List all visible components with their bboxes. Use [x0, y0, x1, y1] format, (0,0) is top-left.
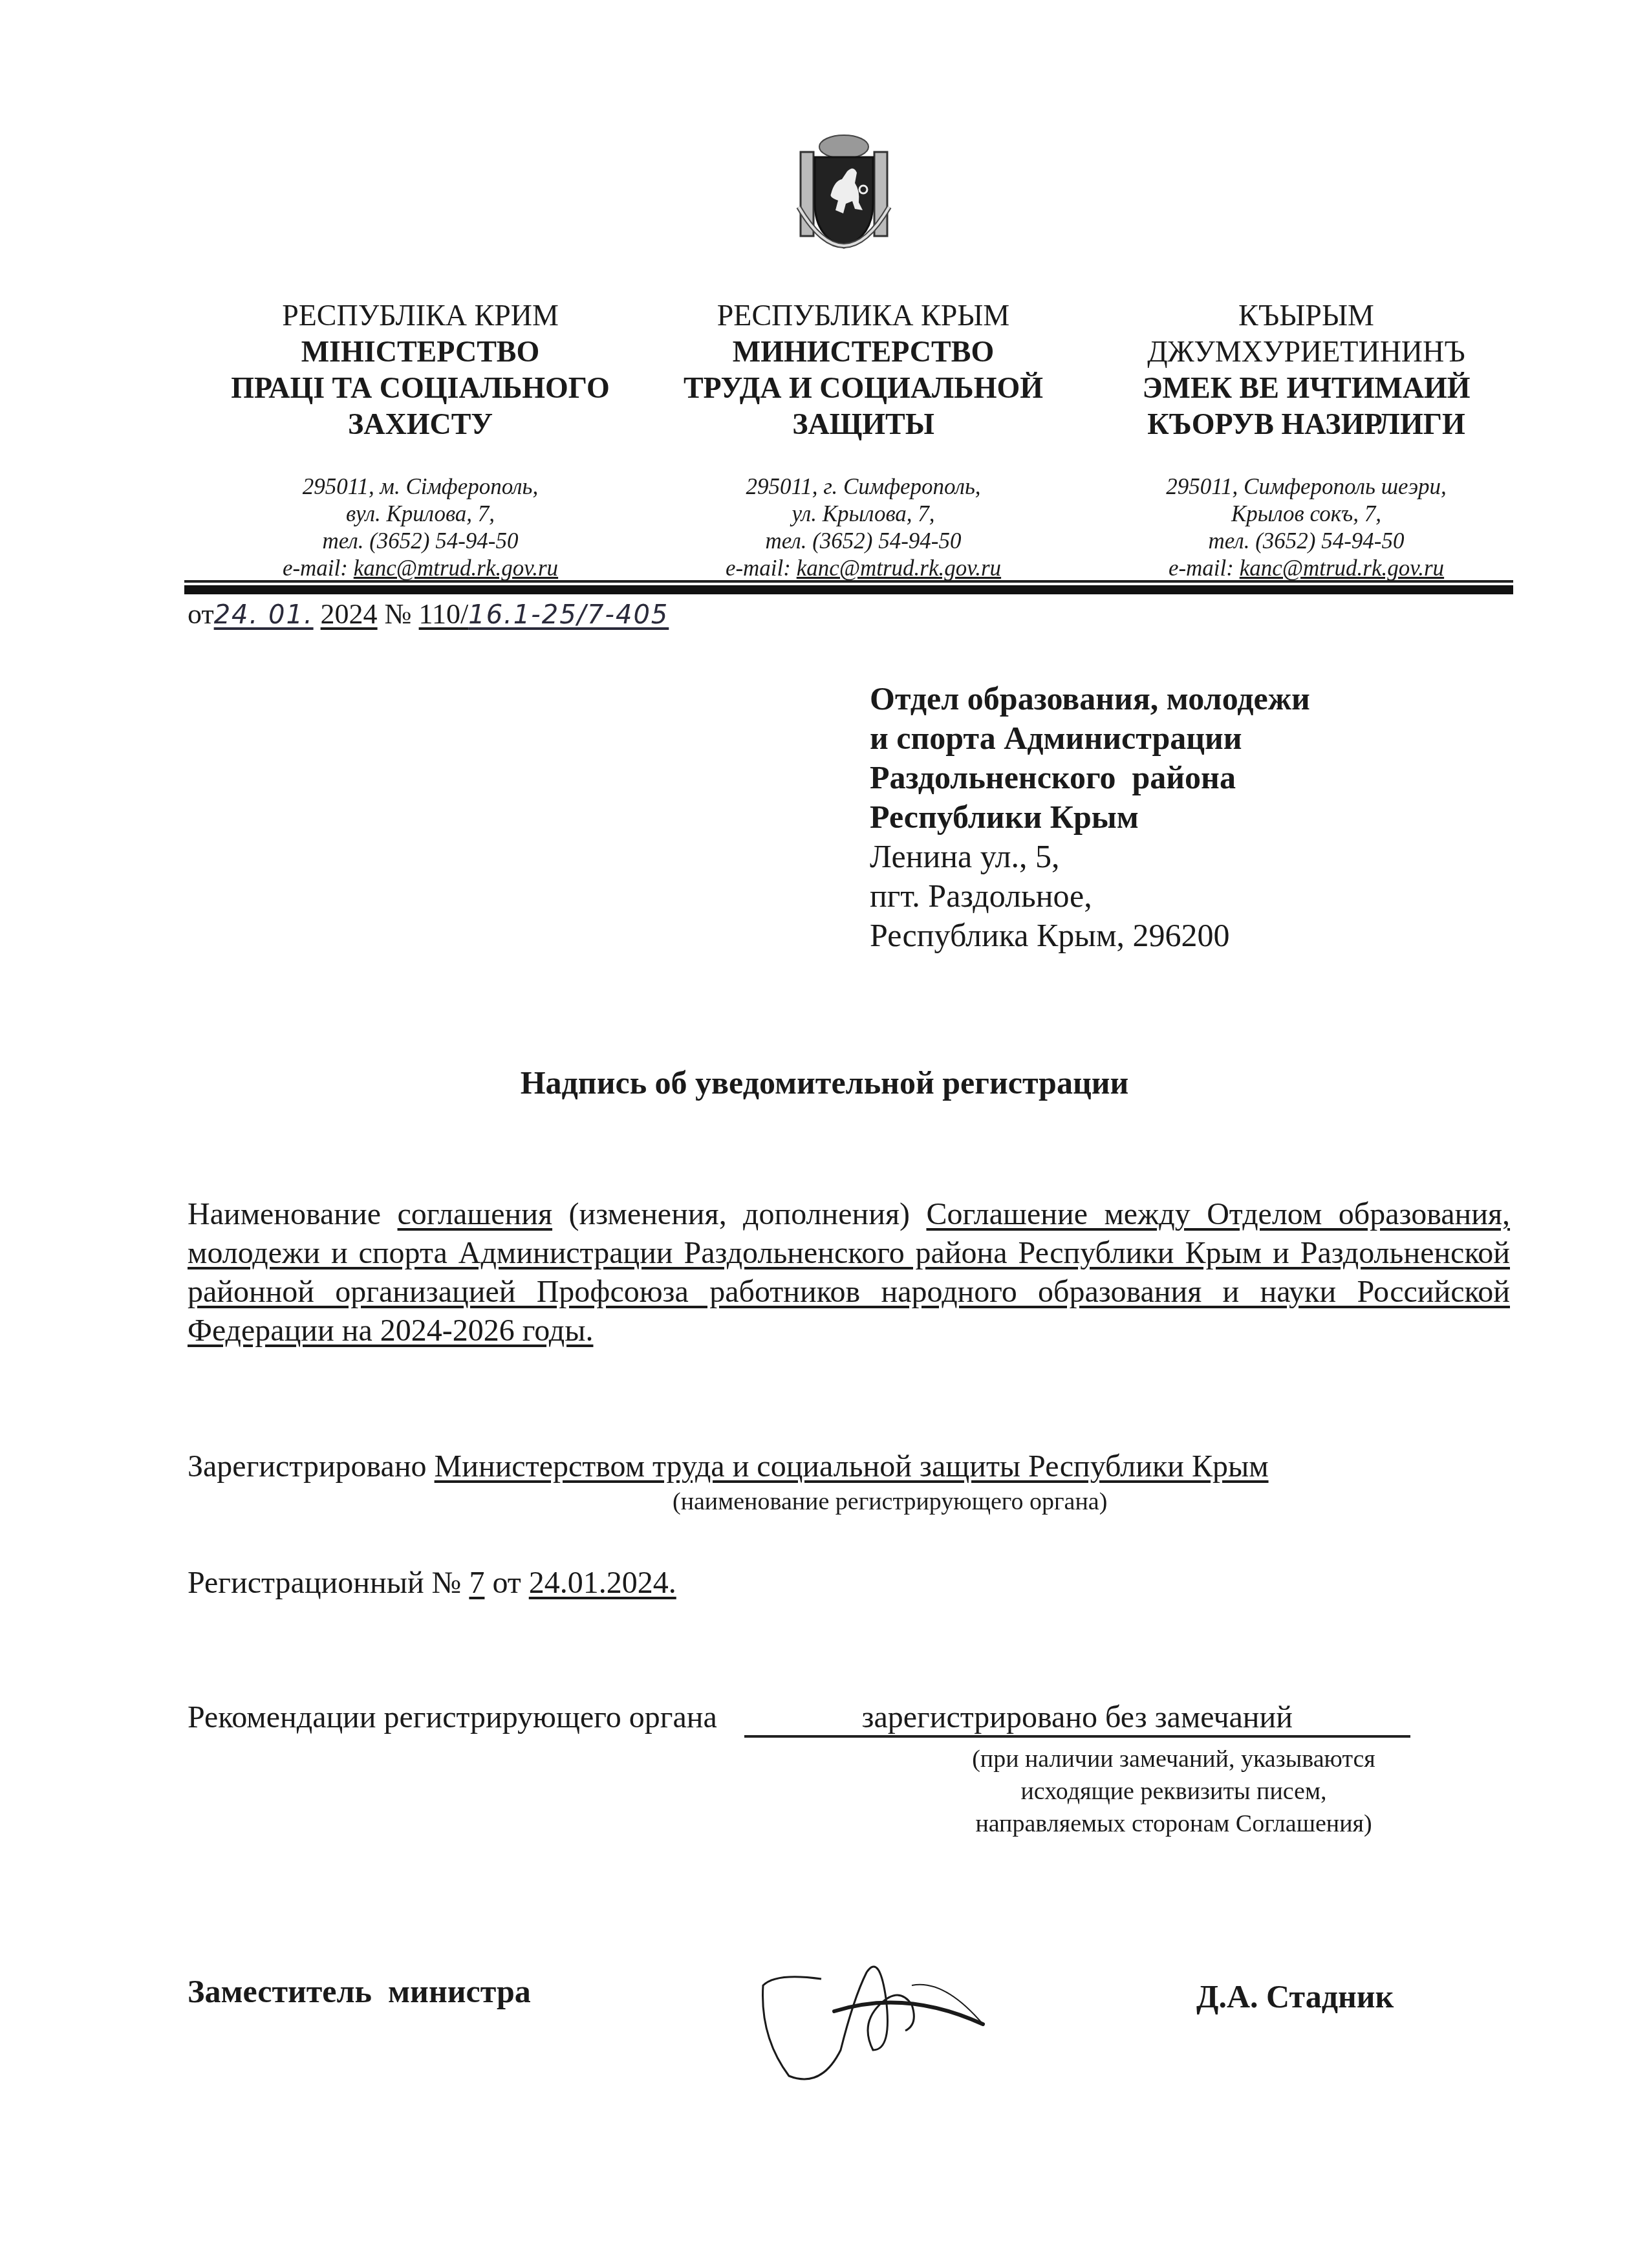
outgoing-reference: от24. 01. 2024 № 110/16.1-25/7-405	[188, 596, 669, 633]
email-line: e-mail: kanc@mtrud.rk.gov.ru	[175, 555, 666, 582]
letterhead-column-crimean-tatar: КЪЫРЫМ ДЖУМХУРИЕТИНИНЪ ЭМЕК ВЕ ИЧТИМАИЙ …	[1061, 297, 1552, 582]
regdate-label: от	[492, 1566, 521, 1600]
document-title: Надпись об уведомительной регистрации	[0, 1064, 1649, 1101]
agreement-label-underlined: соглашения	[398, 1197, 553, 1231]
addressee-org-line: Раздольненского района	[870, 758, 1310, 797]
address-line: 295011, г. Симферополь,	[618, 473, 1109, 501]
addressee-org-line: и спорта Администрации	[870, 718, 1310, 758]
caption-line: направляемых сторонам Соглашения)	[892, 1808, 1455, 1840]
addressee-address-line: Республика Крым, 296200	[870, 916, 1310, 955]
address-line: вул. Крилова, 7,	[175, 501, 666, 528]
ministry-line: МИНИСТЕРСТВО	[618, 334, 1109, 370]
region-name: РЕСПУБЛІКА КРИМ	[175, 297, 666, 334]
caption-line: (при наличии замечаний, указываются	[892, 1743, 1455, 1775]
address-line: 295011, Симферополь шеэри,	[1061, 473, 1552, 501]
letterhead-column-russian: РЕСПУБЛИКА КРЫМ МИНИСТЕРСТВО ТРУДА И СОЦ…	[618, 297, 1109, 582]
registration-number-line: Регистрационный № 7 от 24.01.2024.	[188, 1565, 676, 1601]
crimea-coat-of-arms-icon	[795, 133, 892, 252]
signer-position: Заместитель министра	[188, 1972, 531, 2010]
registering-authority: Министерством труда и социальной защиты …	[435, 1449, 1269, 1484]
recommendations-label: Рекомендации регистрирующего органа	[188, 1700, 717, 1734]
from-label: от	[188, 598, 214, 630]
phone: тел. (3652) 54-94-50	[618, 528, 1109, 555]
email-link[interactable]: kanc@mtrud.rk.gov.ru	[354, 556, 558, 581]
registration-date: 24.01.2024.	[529, 1566, 676, 1600]
letterhead-divider-thick	[184, 585, 1513, 594]
address-line: Крылов сокъ, 7,	[1061, 501, 1552, 528]
email-label: e-mail:	[726, 556, 797, 581]
agreement-label-suffix: (изменения, дополнения)	[552, 1197, 926, 1231]
addressee-org-line: Республики Крым	[870, 797, 1310, 837]
reference-number-printed: 110/	[419, 598, 469, 630]
agreement-label: Наименование	[188, 1197, 398, 1231]
caption-line: исходящие реквизиты писем,	[892, 1775, 1455, 1808]
phone: тел. (3652) 54-94-50	[1061, 528, 1552, 555]
email-line: e-mail: kanc@mtrud.rk.gov.ru	[618, 555, 1109, 582]
ministry-address: 295011, м. Сімферополь, вул. Крилова, 7,…	[175, 473, 666, 582]
number-label: №	[385, 598, 412, 630]
email-link[interactable]: kanc@mtrud.rk.gov.ru	[797, 556, 1001, 581]
signer-name: Д.А. Стадник	[1196, 1978, 1394, 2015]
addressee-org-line: Отдел образования, молодежи	[870, 679, 1310, 718]
letterhead-divider-thin	[184, 580, 1513, 583]
ministry-line: ЗАЩИТЫ	[618, 406, 1109, 442]
ministry-address: 295011, Симферополь шеэри, Крылов сокъ, …	[1061, 473, 1552, 582]
region-name: РЕСПУБЛИКА КРЫМ	[618, 297, 1109, 334]
address-line: ул. Крылова, 7,	[618, 501, 1109, 528]
ministry-address: 295011, г. Симферополь, ул. Крылова, 7, …	[618, 473, 1109, 582]
addressee-address-line: Ленина ул., 5,	[870, 837, 1310, 876]
reference-number-handwritten: 16.1-25/7-405	[468, 600, 669, 630]
email-link[interactable]: kanc@mtrud.rk.gov.ru	[1240, 556, 1444, 581]
email-label: e-mail:	[283, 556, 354, 581]
address-line: 295011, м. Сімферополь,	[175, 473, 666, 501]
region-name: КЪЫРЫМ	[1061, 297, 1552, 334]
reference-year: 2024	[321, 598, 378, 630]
email-line: e-mail: kanc@mtrud.rk.gov.ru	[1061, 555, 1552, 582]
email-label: e-mail:	[1169, 556, 1240, 581]
region-name: ДЖУМХУРИЕТИНИНЪ	[1061, 334, 1552, 370]
handwritten-signature-icon	[698, 1960, 1112, 2089]
regnum-label: Регистрационный №	[188, 1566, 461, 1600]
registering-authority-caption: (наименование регистрирующего органа)	[673, 1487, 1107, 1516]
ministry-line: ПРАЦІ ТА СОЦІАЛЬНОГО	[175, 370, 666, 406]
registered-label: Зарегистрировано	[188, 1449, 435, 1484]
letterhead-column-ukrainian: РЕСПУБЛІКА КРИМ МІНІСТЕРСТВО ПРАЦІ ТА СО…	[175, 297, 666, 582]
recommendations-caption: (при наличии замечаний, указываются исхо…	[892, 1743, 1455, 1840]
ministry-line: ТРУДА И СОЦИАЛЬНОЙ	[618, 370, 1109, 406]
phone: тел. (3652) 54-94-50	[175, 528, 666, 555]
ministry-line: МІНІСТЕРСТВО	[175, 334, 666, 370]
addressee-block: Отдел образования, молодежи и спорта Адм…	[870, 679, 1310, 955]
registered-by-line: Зарегистрировано Министерством труда и с…	[188, 1449, 1269, 1484]
ministry-line: КЪОРУВ НАЗИРЛИГИ	[1061, 406, 1552, 442]
handwritten-date: 24. 01.	[214, 600, 314, 630]
ministry-line: ЭМЕК ВЕ ИЧТИМАИЙ	[1061, 370, 1552, 406]
addressee-address-line: пгт. Раздольное,	[870, 876, 1310, 916]
ministry-line: ЗАХИСТУ	[175, 406, 666, 442]
agreement-name-paragraph: Наименование соглашения (изменения, допо…	[188, 1195, 1510, 1350]
registration-number: 7	[469, 1566, 484, 1600]
recommendations-line: Рекомендации регистрирующего органа заре…	[188, 1700, 1410, 1738]
recommendations-value: зарегистрировано без замечаний	[744, 1700, 1410, 1738]
